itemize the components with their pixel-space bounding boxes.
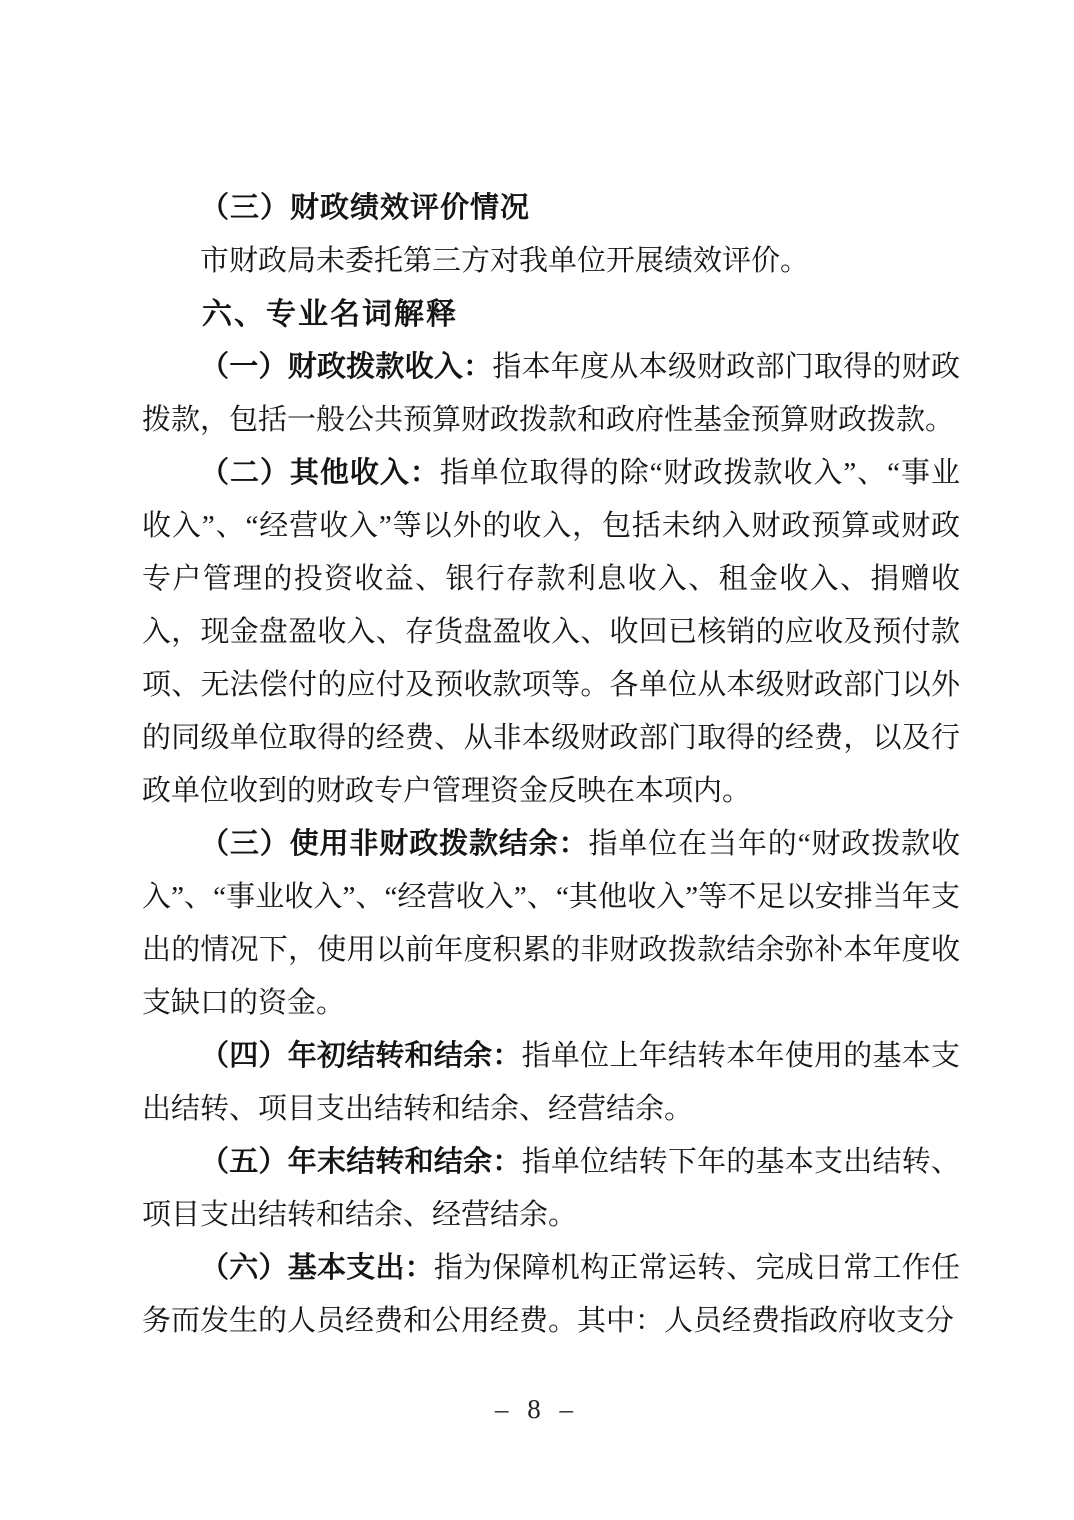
paragraph-performance-eval: 市财政局未委托第三方对我单位开展绩效评价。 — [142, 235, 960, 288]
document-page: （三）财政绩效评价情况 市财政局未委托第三方对我单位开展绩效评价。 六、专业名词… — [0, 0, 1074, 1520]
term-lead: （五）年末结转和结余： — [200, 1146, 522, 1178]
term-lead: （三）使用非财政拨款结余： — [200, 828, 589, 860]
chapter-heading-term-definitions: 六、专业名词解释 — [142, 288, 960, 341]
document-body: （三）财政绩效评价情况 市财政局未委托第三方对我单位开展绩效评价。 六、专业名词… — [142, 182, 960, 1348]
term-paragraph-other-income: （二）其他收入：指单位取得的除“财政拨款收入”、“事业收入”、“经营收入”等以外… — [142, 447, 960, 818]
term-paragraph-year-end-carryover: （五）年末结转和结余：指单位结转下年的基本支出结转、项目支出结转和结余、经营结余… — [142, 1136, 960, 1242]
term-lead: （四）年初结转和结余： — [200, 1040, 522, 1072]
term-paragraph-beginning-year-carryover: （四）年初结转和结余：指单位上年结转本年使用的基本支出结转、项目支出结转和结余、… — [142, 1030, 960, 1136]
section-heading-performance-eval: （三）财政绩效评价情况 — [142, 182, 960, 235]
term-paragraph-fiscal-appropriation-income: （一）财政拨款收入：指本年度从本级财政部门取得的财政拨款，包括一般公共预算财政拨… — [142, 341, 960, 447]
page-number: – 8 – — [0, 1393, 1074, 1425]
term-lead: （二）其他收入： — [200, 457, 440, 489]
term-body: 指单位取得的除“财政拨款收入”、“事业收入”、“经营收入”等以外的收入，包括未纳… — [142, 457, 960, 807]
term-paragraph-use-of-non-fiscal-balance: （三）使用非财政拨款结余：指单位在当年的“财政拨款收入”、“事业收入”、“经营收… — [142, 818, 960, 1030]
term-lead: （一）财政拨款收入： — [200, 351, 492, 383]
term-paragraph-basic-expenditure: （六）基本支出：指为保障机构正常运转、完成日常工作任务而发生的人员经费和公用经费… — [142, 1242, 960, 1348]
term-lead: （六）基本支出： — [200, 1252, 434, 1284]
